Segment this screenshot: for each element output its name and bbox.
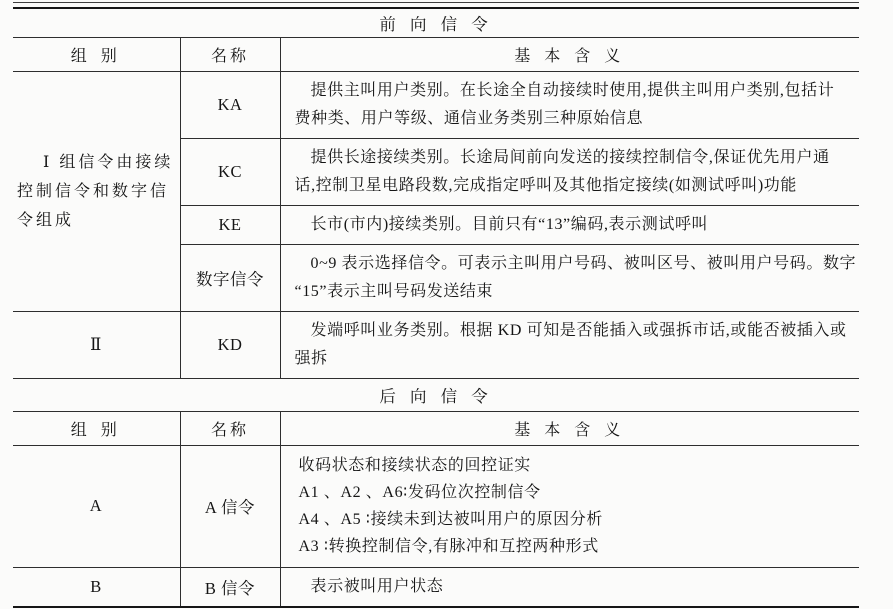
row-ka-meaning: 提供主叫用户类别。在长途全自动接续时使用,提供主叫用户类别,包括计 费种类、用户… — [280, 71, 859, 138]
group1-label-line: 控制信令和数字信 — [17, 177, 180, 206]
group1-label-line: 令组成 — [17, 206, 180, 235]
row-kc-meaning: 提供长途接续类别。长途局间前向发送的接续控制信令,保证优先用户通 话,控制卫星电… — [280, 138, 859, 205]
row-a-group: A — [13, 445, 180, 567]
meaning-line: 表示被叫用户状态 — [295, 573, 854, 601]
row-a-name: A 信令 — [180, 445, 280, 567]
signaling-table-frame: 前 向 信 令 组 别 名称 基 本 含 义 Ⅰ 组信令由接续 控制信令和数字信… — [13, 2, 859, 609]
row-kd-meaning: 发端呼叫业务类别。根据 KD 可知是否能插入或强拆市话,或能否被插入或 强拆 — [280, 311, 859, 378]
signaling-table: 前 向 信 令 组 别 名称 基 本 含 义 Ⅰ 组信令由接续 控制信令和数字信… — [13, 7, 859, 608]
meaning-line: A1 、A2 、A6∶发码位次控制信令 — [295, 479, 854, 506]
meaning-line: 发端呼叫业务类别。根据 KD 可知是否能插入或强拆市话,或能否被插入或 — [295, 317, 854, 345]
meaning-line: “15”表示主叫号码发送结束 — [295, 278, 854, 306]
row-a-meaning: 收码状态和接续状态的回控证实 A1 、A2 、A6∶发码位次控制信令 A4 、A… — [280, 445, 859, 567]
meaning-line: 0~9 表示选择信令。可表示主叫用户号码、被叫区号、被叫用户号码。数字 — [295, 250, 854, 278]
meaning-line: A4 、A5 ∶接续未到达被叫用户的原因分析 — [295, 506, 854, 533]
forward-header-meaning: 基 本 含 义 — [280, 37, 859, 71]
row-digit-meaning: 0~9 表示选择信令。可表示主叫用户号码、被叫区号、被叫用户号码。数字 “15”… — [280, 244, 859, 311]
meaning-line: 费种类、用户等级、通信业务类别三种原始信息 — [295, 105, 854, 133]
row-b-meaning: 表示被叫用户状态 — [280, 567, 859, 607]
meaning-line: 强拆 — [295, 345, 854, 373]
row-kd-group: Ⅱ — [13, 311, 180, 378]
meaning-line: A3 ∶转换控制信令,有脉冲和互控两种形式 — [295, 533, 854, 560]
table-row: A A 信令 收码状态和接续状态的回控证实 A1 、A2 、A6∶发码位次控制信… — [13, 445, 859, 567]
row-ka-name: KA — [180, 71, 280, 138]
row-ke-meaning: 长市(市内)接续类别。目前只有“13”编码,表示测试呼叫 — [280, 205, 859, 244]
meaning-line: 提供长途接续类别。长途局间前向发送的接续控制信令,保证优先用户通 — [295, 144, 854, 172]
table-row: Ⅰ 组信令由接续 控制信令和数字信 令组成 KA 提供主叫用户类别。在长途全自动… — [13, 71, 859, 138]
row-kc-name: KC — [180, 138, 280, 205]
forward-section-title: 前 向 信 令 — [13, 8, 859, 37]
meaning-line: 提供主叫用户类别。在长途全自动接续时使用,提供主叫用户类别,包括计 — [295, 77, 854, 105]
backward-header-meaning: 基 本 含 义 — [280, 411, 859, 445]
meaning-line: 话,控制卫星电路段数,完成指定呼叫及其他指定接续(如测试呼叫)功能 — [295, 172, 854, 200]
group1-label-cell: Ⅰ 组信令由接续 控制信令和数字信 令组成 — [13, 71, 180, 311]
table-row: Ⅱ KD 发端呼叫业务类别。根据 KD 可知是否能插入或强拆市话,或能否被插入或… — [13, 311, 859, 378]
backward-header-group: 组 别 — [13, 411, 180, 445]
meaning-line: 长市(市内)接续类别。目前只有“13”编码,表示测试呼叫 — [295, 211, 854, 239]
backward-header-name: 名称 — [180, 411, 280, 445]
meaning-line: 收码状态和接续状态的回控证实 — [295, 452, 854, 479]
row-b-group: B — [13, 567, 180, 607]
forward-header-name: 名称 — [180, 37, 280, 71]
row-ke-name: KE — [180, 205, 280, 244]
table-row: B B 信令 表示被叫用户状态 — [13, 567, 859, 607]
document-page: 前 向 信 令 组 别 名称 基 本 含 义 Ⅰ 组信令由接续 控制信令和数字信… — [0, 0, 893, 609]
row-kd-name: KD — [180, 311, 280, 378]
row-b-name: B 信令 — [180, 567, 280, 607]
group1-label-line: Ⅰ 组信令由接续 — [17, 148, 180, 177]
row-digit-name: 数字信令 — [180, 244, 280, 311]
forward-header-group: 组 别 — [13, 37, 180, 71]
backward-section-title: 后 向 信 令 — [13, 378, 859, 411]
